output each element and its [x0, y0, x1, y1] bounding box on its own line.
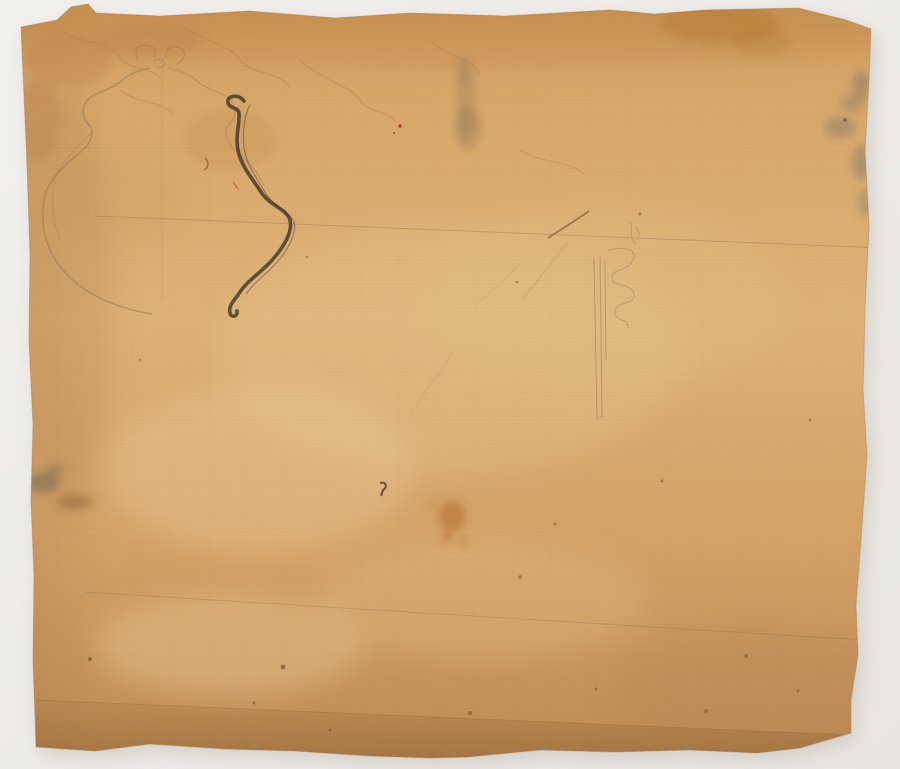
stain-speck	[843, 118, 847, 122]
red-speck	[393, 132, 395, 134]
stain-speck	[744, 654, 748, 658]
stain-speck	[809, 419, 812, 422]
red-speck	[398, 124, 401, 127]
stain-speck	[468, 711, 472, 715]
stain-speck	[281, 665, 286, 670]
artwork-photo: 18 W 2014	[0, 0, 900, 769]
stain-speck	[554, 523, 557, 526]
laid-lines-vertical	[0, 0, 900, 769]
stain-speck	[139, 359, 142, 362]
stain-speck	[595, 688, 598, 691]
photo-backdrop: 18 W 2014	[0, 0, 900, 769]
stain-speck	[660, 479, 663, 482]
stain-speck	[518, 575, 522, 579]
stain-speck	[639, 213, 642, 216]
stain-speck	[88, 657, 92, 661]
stain-speck	[704, 709, 708, 713]
stain-speck	[253, 702, 256, 705]
stain-speck	[306, 256, 309, 259]
stain-speck	[797, 690, 800, 693]
paper-surface: 18 W 2014	[0, 0, 900, 769]
stain-speck	[516, 281, 519, 284]
